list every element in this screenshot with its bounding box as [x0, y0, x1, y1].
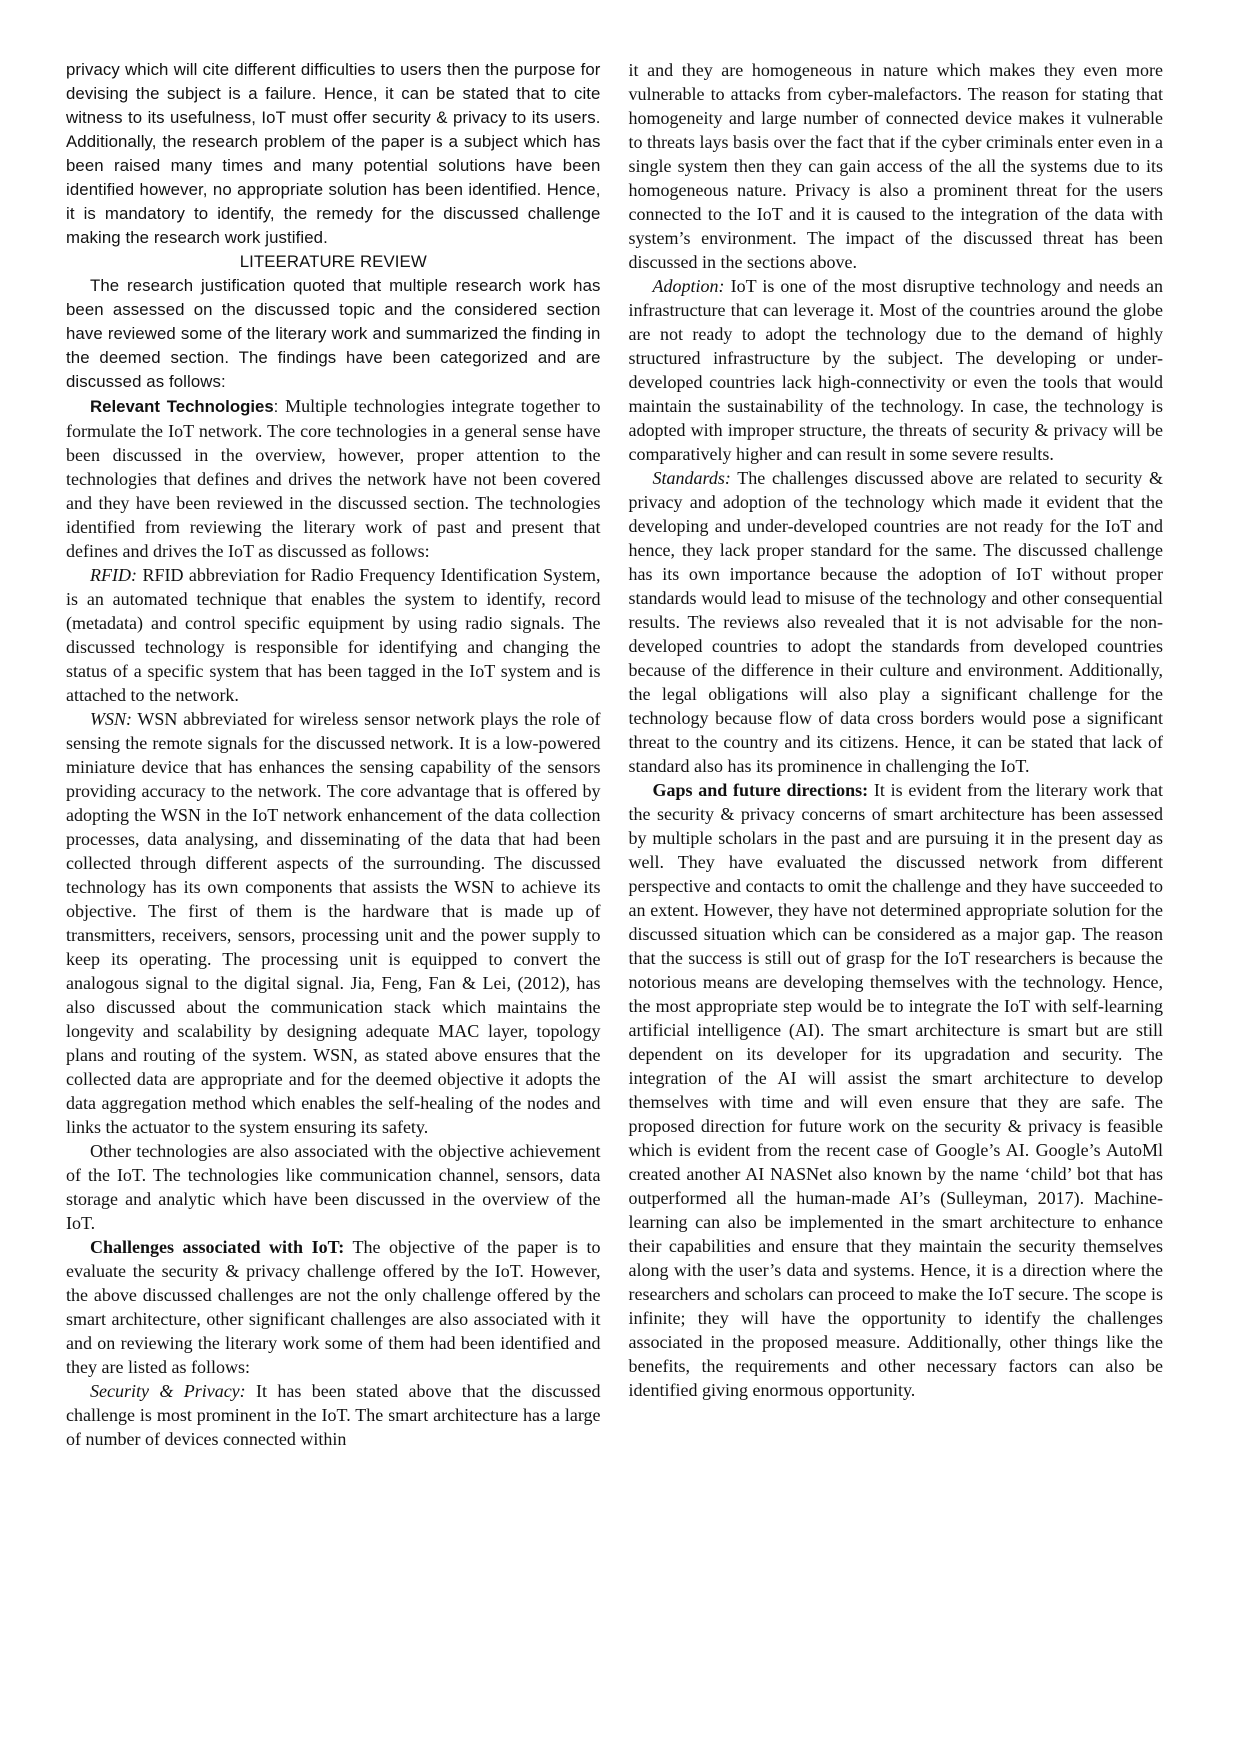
run-in-heading: RFID: — [90, 565, 137, 585]
run-in-heading-separator: : — [274, 397, 279, 416]
paragraph: WSN: WSN abbreviated for wireless sensor… — [66, 707, 601, 1139]
paragraph: Relevant Technologies: Multiple technolo… — [66, 394, 601, 563]
run-in-heading: Standards: — [653, 468, 731, 488]
paragraph: Other technologies are also associated w… — [66, 1139, 601, 1235]
paragraph: Standards: The challenges discussed abov… — [629, 466, 1164, 778]
paragraph: RFID: RFID abbreviation for Radio Freque… — [66, 563, 601, 707]
paragraph: Security & Privacy: It has been stated a… — [66, 1379, 601, 1451]
run-in-heading: Adoption: — [653, 276, 725, 296]
paragraph: privacy which will cite different diffic… — [66, 58, 601, 250]
run-in-heading: Gaps and future directions: — [653, 780, 869, 800]
paragraph: Challenges associated with IoT: The obje… — [66, 1235, 601, 1379]
paragraph: Gaps and future directions: It is eviden… — [629, 778, 1164, 1402]
run-in-heading: Security & Privacy: — [90, 1381, 246, 1401]
document-page: privacy which will cite different diffic… — [0, 0, 1241, 1754]
run-in-heading: Challenges associated with IoT: — [90, 1237, 344, 1257]
paragraph: Adoption: IoT is one of the most disrupt… — [629, 274, 1164, 466]
run-in-heading: Relevant Technologies — [90, 397, 274, 416]
section-heading: LITEERATURE REVIEW — [66, 250, 601, 274]
right-column: it and they are homogeneous in nature wh… — [629, 58, 1164, 1754]
paragraph: it and they are homogeneous in nature wh… — [629, 58, 1164, 274]
run-in-heading: WSN: — [90, 709, 132, 729]
paragraph: The research justification quoted that m… — [66, 274, 601, 394]
left-column: privacy which will cite different diffic… — [66, 58, 601, 1754]
